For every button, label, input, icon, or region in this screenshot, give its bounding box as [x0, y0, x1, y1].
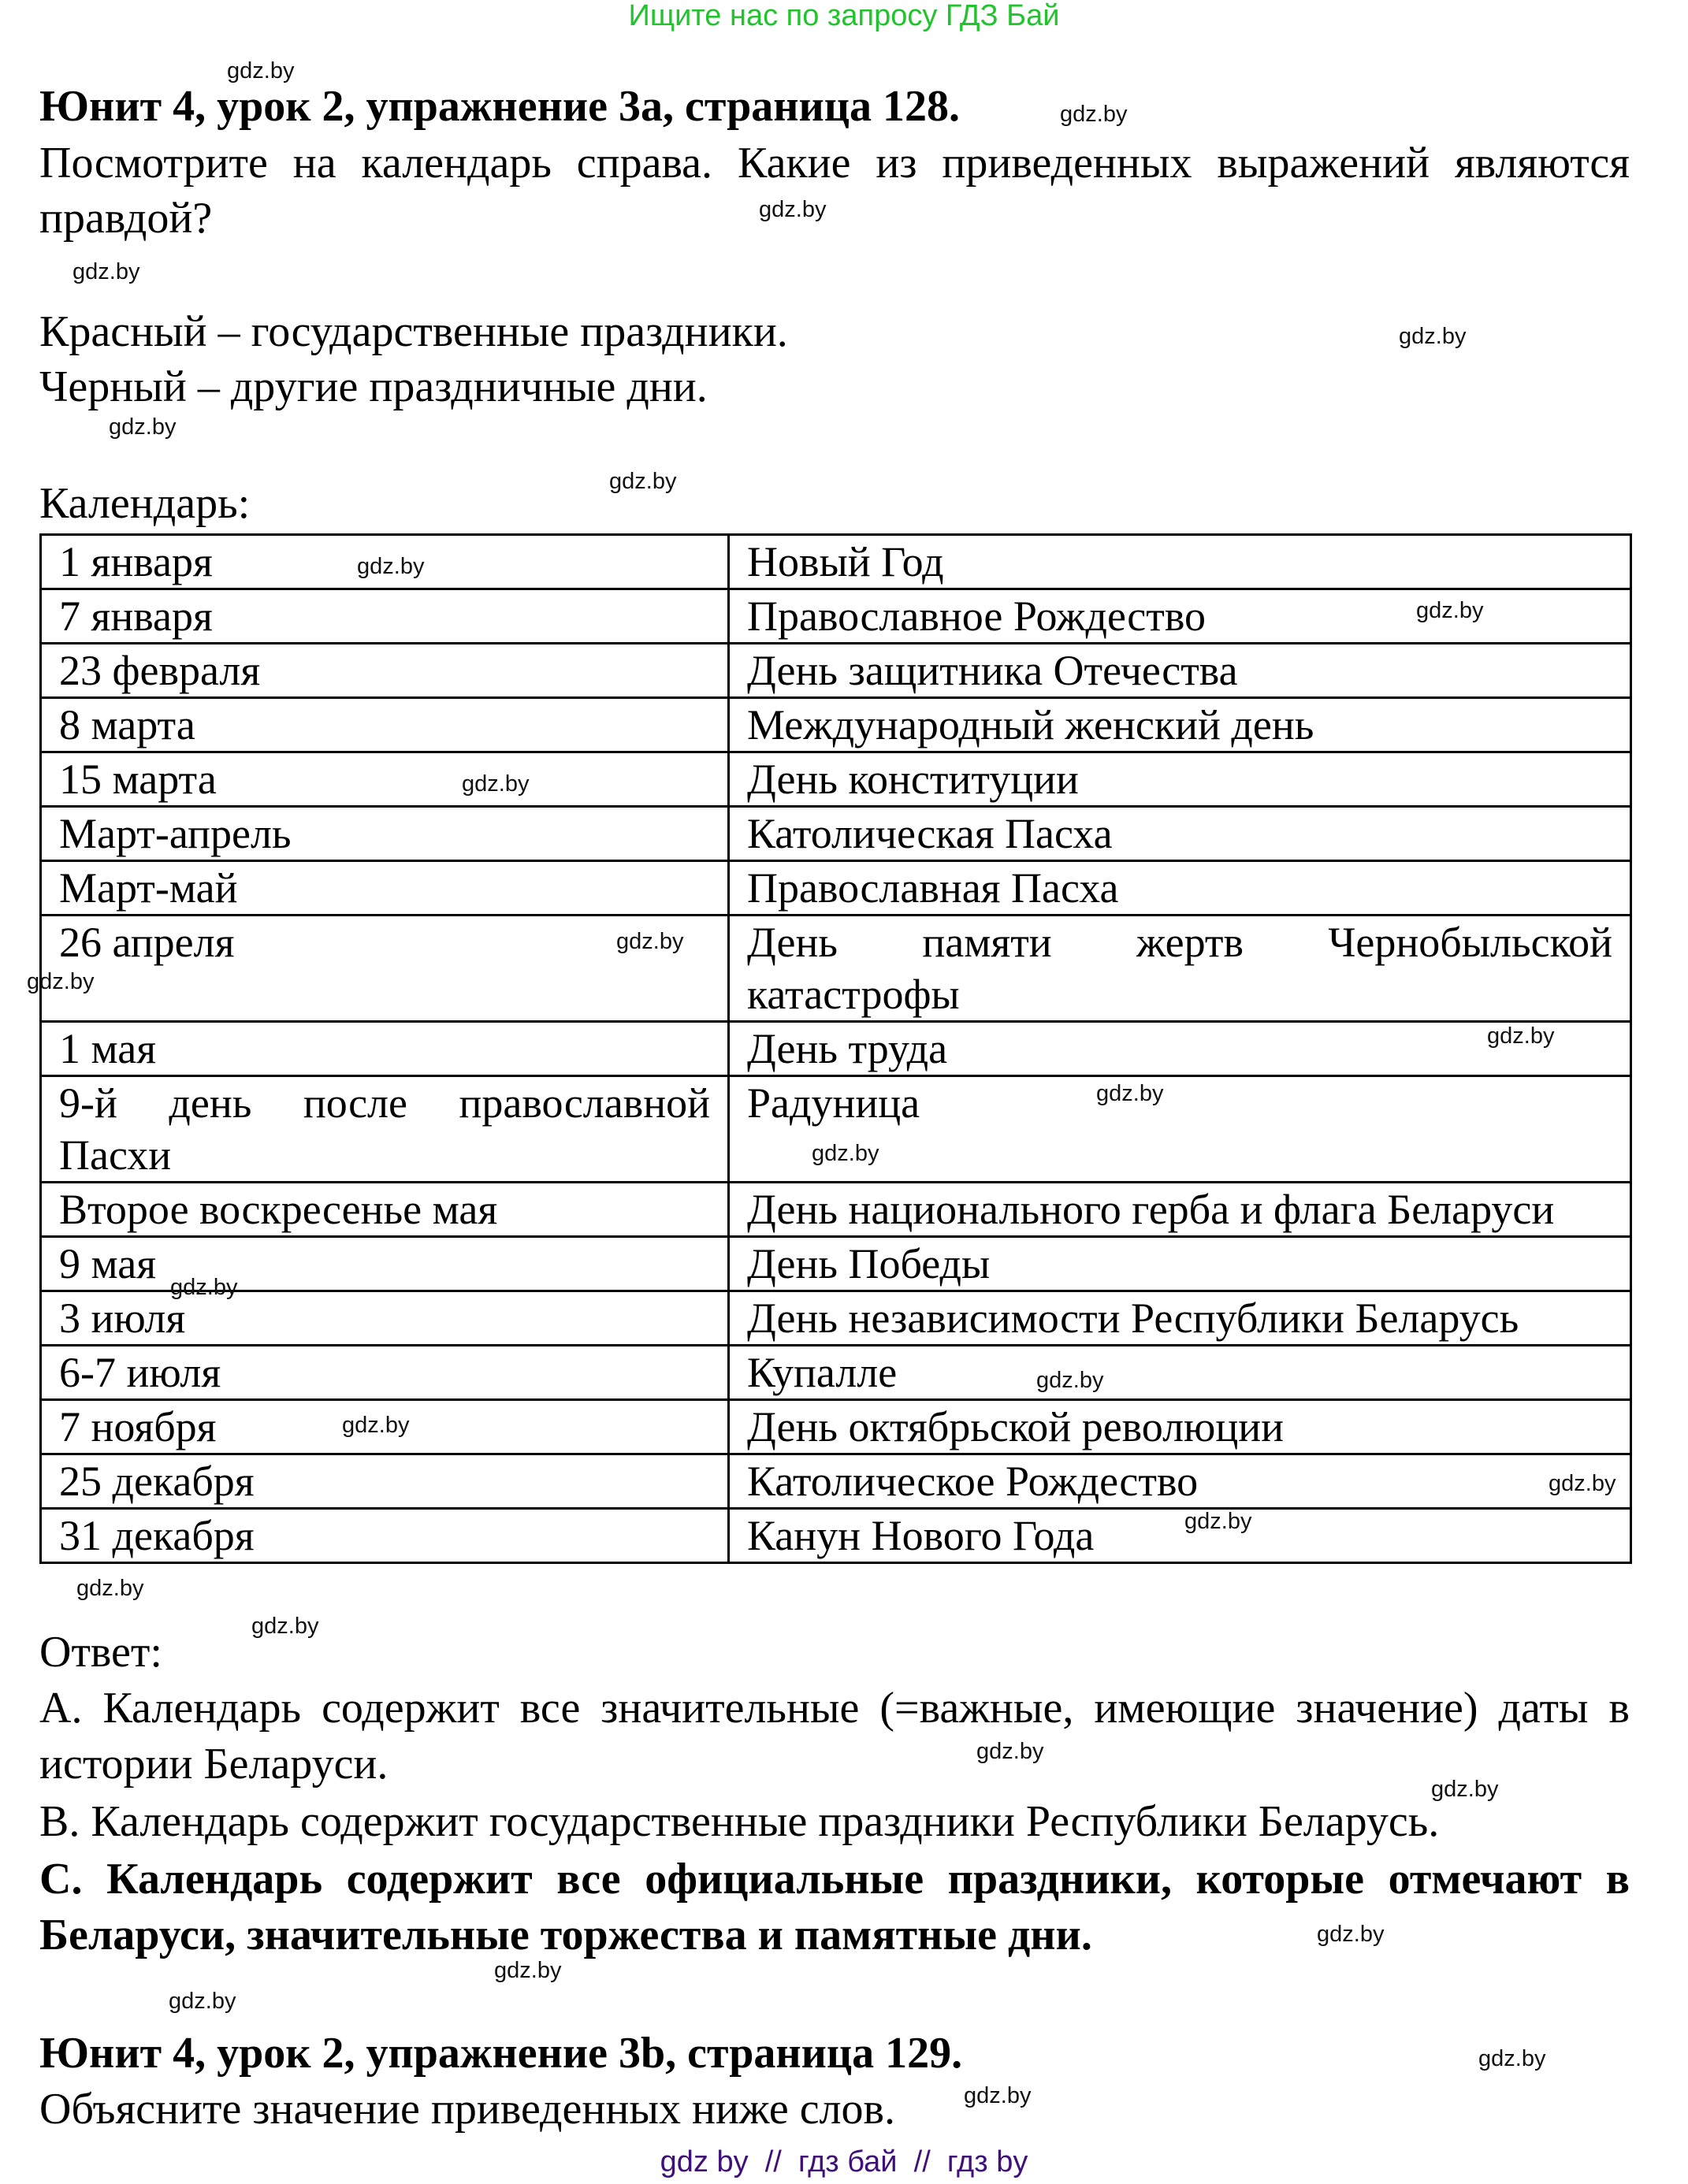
table-row: 3 июляДень независимости Республики Бела… — [41, 1291, 1631, 1346]
watermark-text: gdz.by — [616, 929, 683, 954]
watermark-text: gdz.by — [759, 197, 826, 222]
exercise-heading-3a: Юнит 4, урок 2, упражнение 3а, страница … — [39, 79, 1630, 134]
date-cell: 7 января — [41, 589, 729, 644]
watermark-text: gdz.by — [342, 1413, 409, 1438]
table-row: 25 декабряКатолическое Рождество — [41, 1454, 1631, 1509]
date-cell: 23 февраля — [41, 644, 729, 698]
watermark-text: gdz.by — [494, 1958, 561, 1983]
date-cell: 6-7 июля — [41, 1346, 729, 1400]
instruction-3b: Объясните значение приведенных ниже слов… — [39, 2082, 1630, 2137]
footer-links: gdz by // гдз бай // гдз by — [0, 2145, 1688, 2179]
watermark-text: gdz.by — [462, 771, 529, 797]
watermark-text: gdz.by — [76, 1576, 143, 1601]
watermark-text: gdz.by — [357, 554, 424, 579]
search-banner: Ищите нас по запросу ГДЗ Бай — [0, 0, 1688, 32]
watermark-text: gdz.by — [1096, 1081, 1163, 1106]
date-cell: 9 мая — [41, 1237, 729, 1291]
table-row: 9 маяДень Победы — [41, 1237, 1631, 1291]
instruction-line-2: правдой? — [39, 191, 1630, 246]
calendar-table: 1 январяНовый Год7 январяПравославное Ро… — [39, 533, 1632, 1564]
watermark-text: gdz.by — [109, 414, 176, 440]
date-cell: 1 мая — [41, 1022, 729, 1076]
watermark-text: gdz.by — [964, 2083, 1031, 2108]
table-row: 15 мартаДень конституции — [41, 752, 1631, 807]
date-cell: 15 марта — [41, 752, 729, 807]
holiday-cell: Православная Пасха — [729, 861, 1631, 916]
holiday-cell: Международный женский день — [729, 698, 1631, 752]
watermark-text: gdz.by — [1431, 1777, 1498, 1802]
watermark-text: gdz.by — [1487, 1023, 1554, 1049]
date-cell: 9-й день после православнойПасхи — [41, 1076, 729, 1183]
watermark-text: gdz.by — [27, 969, 94, 994]
holiday-cell: День конституции — [729, 752, 1631, 807]
watermark-text: gdz.by — [976, 1739, 1043, 1764]
watermark-text: gdz.by — [227, 58, 294, 84]
answer-option-a-line-1: А. Календарь содержит все значительные (… — [39, 1681, 1630, 1736]
table-row: 9-й день после православнойПасхиРадуница — [41, 1076, 1631, 1183]
holiday-cell: Католическая Пасха — [729, 807, 1631, 861]
holiday-cell: Канун Нового Года — [729, 1509, 1631, 1563]
watermark-text: gdz.by — [1399, 324, 1466, 349]
calendar-label: Календарь: — [39, 476, 1630, 531]
holiday-cell: Новый Год — [729, 535, 1631, 589]
date-cell: Март-май — [41, 861, 729, 916]
watermark-text: gdz.by — [1416, 598, 1483, 623]
table-row: Второе воскресенье маяДень национального… — [41, 1183, 1631, 1237]
legend-black: Черный – другие праздничные дни. — [39, 359, 1630, 414]
instruction-line-1: Посмотрите на календарь справа. Какие из… — [39, 136, 1630, 191]
holiday-cell: Католическое Рождество — [729, 1454, 1631, 1509]
answer-option-b: В. Календарь содержит государственные пр… — [39, 1794, 1630, 1849]
answer-option-a-line-2: истории Беларуси. — [39, 1736, 1630, 1792]
table-row: 1 маяДень труда — [41, 1022, 1631, 1076]
watermark-text: gdz.by — [1036, 1368, 1103, 1393]
table-row: 7 ноябряДень октябрьской революции — [41, 1400, 1631, 1454]
holiday-cell: День памяти жертв Чернобыльскойкатастроф… — [729, 916, 1631, 1022]
watermark-text: gdz.by — [1184, 1509, 1251, 1534]
answer-option-c-line-2: Беларуси, значительные торжества и памят… — [39, 1907, 1630, 1963]
table-row: Март-апрельКатолическая Пасха — [41, 807, 1631, 861]
answer-option-c-line-1: С. Календарь содержит все официальные пр… — [39, 1852, 1630, 1907]
holiday-cell: День Победы — [729, 1237, 1631, 1291]
holiday-cell: Купалле — [729, 1346, 1631, 1400]
table-row: 7 январяПравославное Рождество — [41, 589, 1631, 644]
watermark-text: gdz.by — [1317, 1922, 1384, 1947]
table-row: 6-7 июляКупалле — [41, 1346, 1631, 1400]
watermark-text: gdz.by — [1478, 2046, 1545, 2071]
holiday-cell: День защитника Отечества — [729, 644, 1631, 698]
table-row: 1 январяНовый Год — [41, 535, 1631, 589]
watermark-text: gdz.by — [251, 1614, 318, 1639]
date-cell: 25 декабря — [41, 1454, 729, 1509]
holiday-cell: Православное Рождество — [729, 589, 1631, 644]
table-row: 23 февраляДень защитника Отечества — [41, 644, 1631, 698]
watermark-text: gdz.by — [609, 469, 676, 494]
watermark-text: gdz.by — [812, 1141, 879, 1166]
date-cell: Март-апрель — [41, 807, 729, 861]
exercise-heading-3b: Юнит 4, урок 2, упражнение 3b, страница … — [39, 2026, 1630, 2081]
date-cell: 8 марта — [41, 698, 729, 752]
table-row: Март-майПравославная Пасха — [41, 861, 1631, 916]
table-row: 31 декабряКанун Нового Года — [41, 1509, 1631, 1563]
watermark-text: gdz.by — [170, 1275, 237, 1300]
table-row: 26 апреляДень памяти жертв Чернобыльской… — [41, 916, 1631, 1022]
holiday-cell: День независимости Республики Беларусь — [729, 1291, 1631, 1346]
watermark-text: gdz.by — [1060, 102, 1127, 127]
legend-red: Красный – государственные праздники. — [39, 304, 1630, 359]
date-cell: 3 июля — [41, 1291, 729, 1346]
holiday-cell: День национального герба и флага Беларус… — [729, 1183, 1631, 1237]
holiday-cell: Радуница — [729, 1076, 1631, 1183]
watermark-text: gdz.by — [169, 1989, 236, 2014]
table-row: 8 мартаМеждународный женский день — [41, 698, 1631, 752]
date-cell: Второе воскресенье мая — [41, 1183, 729, 1237]
holiday-cell: День октябрьской революции — [729, 1400, 1631, 1454]
date-cell: 31 декабря — [41, 1509, 729, 1563]
watermark-text: gdz.by — [1549, 1471, 1615, 1496]
watermark-text: gdz.by — [73, 259, 139, 284]
